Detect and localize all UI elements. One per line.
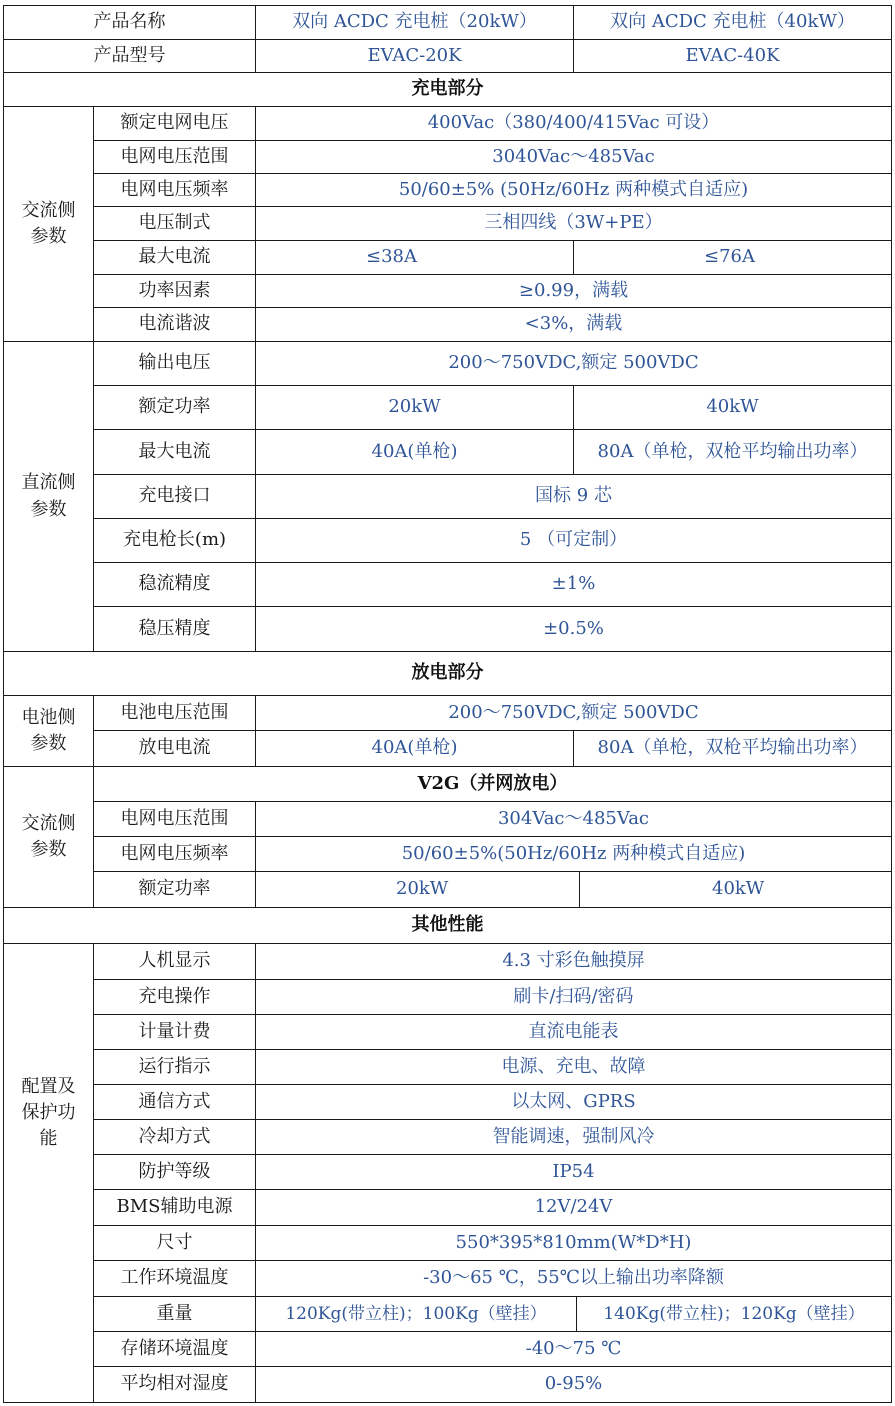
spec-label: 额定功率: [94, 386, 255, 429]
border-line: [3, 1402, 892, 1403]
group-battery-side: 电池侧参数: [4, 696, 93, 766]
spec-label: 人机显示: [94, 944, 255, 979]
spec-value: 刷卡/扫码/密码: [256, 980, 891, 1014]
spec-value-20k: 40A(单枪): [256, 430, 573, 474]
spec-value-40k: 80A（单枪，双枪平均输出功率）: [574, 731, 891, 766]
v2g-title: V2G（并网放电）: [94, 767, 891, 801]
spec-value-40k: ≤76A: [574, 241, 891, 274]
section-title-other: 其他性能: [4, 908, 891, 943]
spec-label: 电网电压频率: [94, 837, 255, 871]
spec-value: ±1%: [256, 563, 891, 606]
spec-value: ≥0.99，满载: [256, 275, 891, 307]
spec-value: -40～75 ℃: [256, 1332, 891, 1366]
spec-label: 稳压精度: [94, 607, 255, 651]
spec-label: 尺寸: [94, 1226, 255, 1260]
spec-value: 200～750VDC,额定 500VDC: [256, 342, 891, 385]
spec-value: 304Vac～485Vac: [256, 802, 891, 836]
spec-label: 存储环境温度: [94, 1332, 255, 1366]
spec-label: 电网电压频率: [94, 174, 255, 206]
spec-label: 电流谐波: [94, 308, 255, 341]
spec-value: 三相四线（3W+PE）: [256, 207, 891, 240]
spec-value: 国标 9 芯: [256, 475, 891, 518]
spec-value: 以太网、GPRS: [256, 1085, 891, 1119]
spec-value: 550*395*810mm(W*D*H): [256, 1226, 891, 1260]
spec-label: 工作环境温度: [94, 1261, 255, 1296]
spec-value: 直流电能表: [256, 1015, 891, 1049]
spec-label: 计量计费: [94, 1015, 255, 1049]
spec-label: 防护等级: [94, 1155, 255, 1189]
spec-label: 运行指示: [94, 1050, 255, 1084]
spec-label: 输出电压: [94, 342, 255, 385]
spec-label: 额定电网电压: [94, 107, 255, 140]
spec-table: 产品名称 双向 ACDC 充电桩（20kW） 双向 ACDC 充电桩（40kW）…: [0, 0, 895, 1406]
spec-label: 充电操作: [94, 980, 255, 1014]
product-model-20k: EVAC-20K: [256, 40, 573, 72]
spec-value-40k: 40kW: [580, 872, 891, 907]
spec-label: 功率因素: [94, 275, 255, 307]
spec-value-40k: 40kW: [574, 386, 891, 429]
spec-label: 充电接口: [94, 475, 255, 518]
spec-label: 充电枪长(m): [94, 519, 255, 562]
spec-label: 最大电流: [94, 430, 255, 474]
spec-value: 3040Vac～485Vac: [256, 141, 891, 173]
spec-value: 电源、充电、故障: [256, 1050, 891, 1084]
group-dc-charging: 直流侧参数: [4, 342, 93, 651]
spec-label: 重量: [94, 1297, 255, 1331]
spec-label: 放电电流: [94, 731, 255, 766]
border-line: [891, 5, 892, 1403]
spec-label: 电网电压范围: [94, 802, 255, 836]
spec-label: BMS辅助电源: [94, 1190, 255, 1225]
spec-label: 电网电压范围: [94, 141, 255, 173]
spec-value: ±0.5%: [256, 607, 891, 651]
spec-label: 最大电流: [94, 241, 255, 274]
section-title-discharging: 放电部分: [4, 652, 891, 695]
product-name-20k: 双向 ACDC 充电桩（20kW）: [256, 6, 573, 39]
spec-value-20k: 20kW: [256, 386, 573, 429]
spec-value: 200～750VDC,额定 500VDC: [256, 696, 891, 730]
spec-value-20k: 20kW: [256, 872, 579, 907]
spec-value: 智能调速，强制风冷: [256, 1120, 891, 1154]
spec-value: 4.3 寸彩色触摸屏: [256, 944, 891, 979]
spec-value: IP54: [256, 1155, 891, 1189]
spec-value: 50/60±5%(50Hz/60Hz 两种模式自适应): [256, 837, 891, 871]
spec-value: 5 （可定制）: [256, 519, 891, 562]
spec-label: 平均相对湿度: [94, 1367, 255, 1402]
spec-value-20k: ≤38A: [256, 241, 573, 274]
section-title-charging: 充电部分: [4, 73, 891, 106]
spec-label: 冷却方式: [94, 1120, 255, 1154]
group-config-protection: 配置及保护功能: [4, 944, 93, 1402]
product-name-40k: 双向 ACDC 充电桩（40kW）: [574, 6, 891, 39]
spec-value-40k: 80A（单枪，双枪平均输出功率）: [574, 430, 891, 474]
spec-label: 通信方式: [94, 1085, 255, 1119]
spec-value-20k: 40A(单枪): [256, 731, 573, 766]
spec-label: 电池电压范围: [94, 696, 255, 730]
group-ac-discharging: 交流侧参数: [4, 767, 93, 907]
spec-value: 400Vac（380/400/415Vac 可设）: [256, 107, 891, 140]
spec-value-40k: 140Kg(带立柱)；120Kg（壁挂）: [577, 1297, 891, 1331]
spec-value-20k: 120Kg(带立柱)；100Kg（壁挂）: [256, 1297, 576, 1331]
spec-value: -30～65 ℃，55℃以上输出功率降额: [256, 1261, 891, 1296]
spec-value: 12V/24V: [256, 1190, 891, 1225]
spec-label: 电压制式: [94, 207, 255, 240]
group-ac-charging: 交流侧参数: [4, 107, 93, 341]
spec-label: 稳流精度: [94, 563, 255, 606]
spec-label: 额定功率: [94, 872, 255, 907]
product-name-label: 产品名称: [4, 6, 255, 39]
spec-value: <3%，满载: [256, 308, 891, 341]
spec-value: 50/60±5% (50Hz/60Hz 两种模式自适应): [256, 174, 891, 206]
product-model-40k: EVAC-40K: [574, 40, 891, 72]
spec-value: 0-95%: [256, 1367, 891, 1402]
product-model-label: 产品型号: [4, 40, 255, 72]
